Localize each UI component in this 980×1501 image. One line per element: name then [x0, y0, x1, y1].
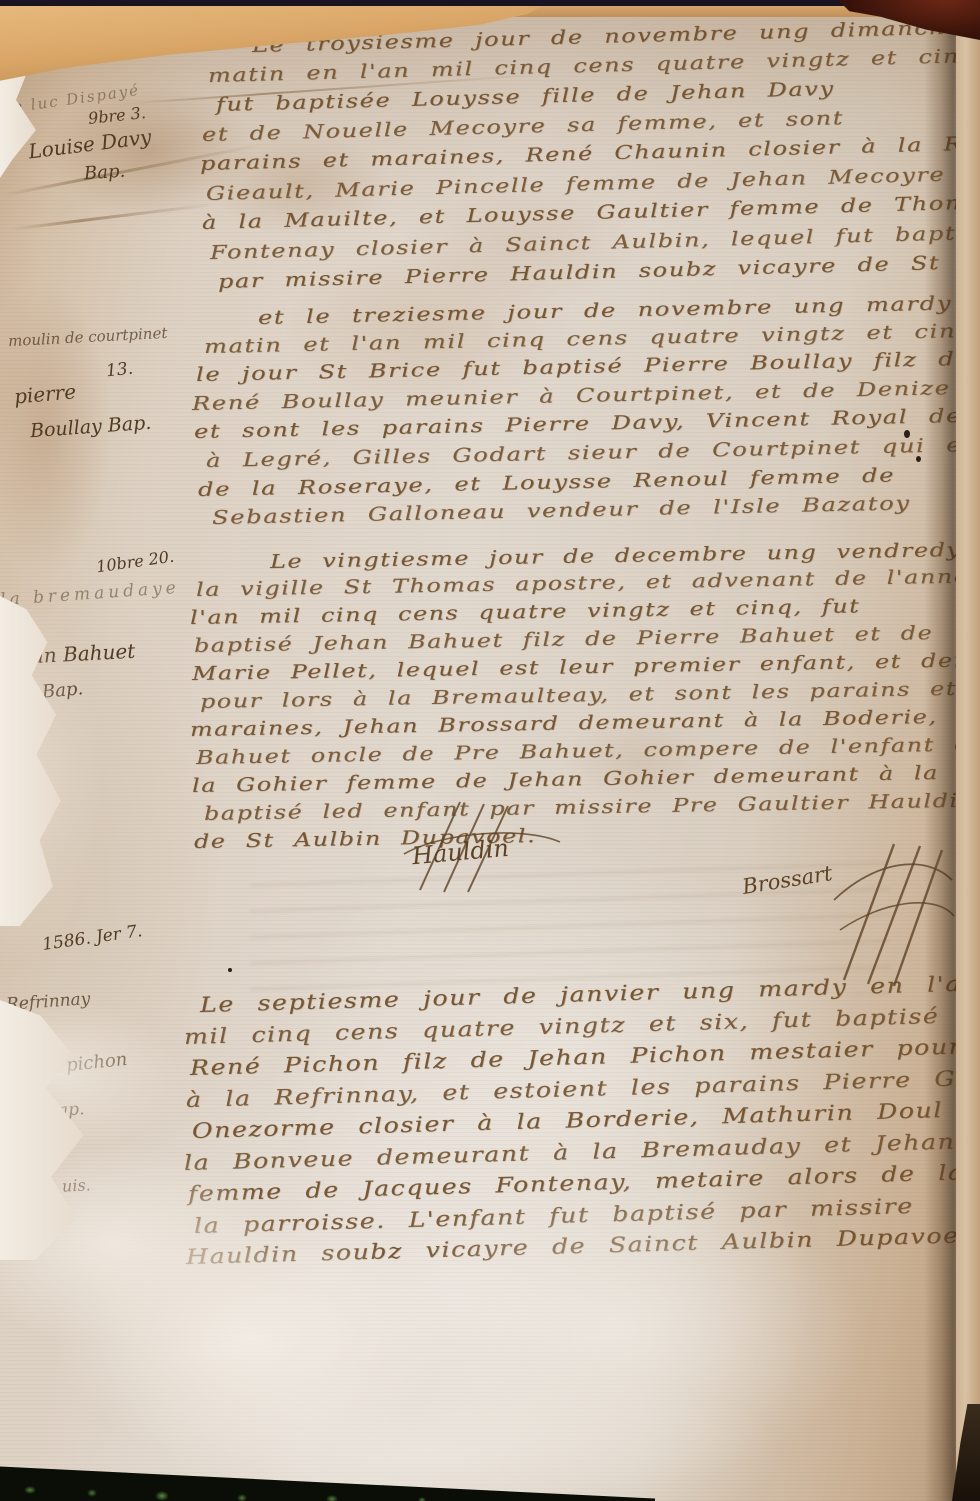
margin-date-2: 13. [105, 359, 134, 382]
binding-top-edge [0, 0, 980, 6]
baptism-record-pichon: Le septiesme jour de janvier ung mardy e… [184, 990, 964, 1274]
margin-fragment: uis. [62, 1175, 92, 1195]
margin-act-3: Bap. [41, 678, 84, 703]
hauldin-paraph-flourish [398, 796, 568, 896]
baptism-record-jean-bahuet: Le vingtiesme jour de decembre ung vendr… [190, 548, 962, 856]
ink-speck [228, 968, 232, 972]
ink-speck [904, 430, 910, 438]
margin-act-1: Bap. [83, 161, 126, 185]
manuscript-page: Le troysiesme jour de novembre ung diman… [0, 0, 980, 1501]
ink-speck [916, 456, 921, 462]
next-page-edge [956, 0, 980, 1501]
baptism-record-louise-davy: Le troysiesme jour de novembre ung diman… [200, 32, 960, 298]
baptism-record-pierre-boullay: et le treziesme jour de novembre ung mar… [192, 304, 956, 533]
